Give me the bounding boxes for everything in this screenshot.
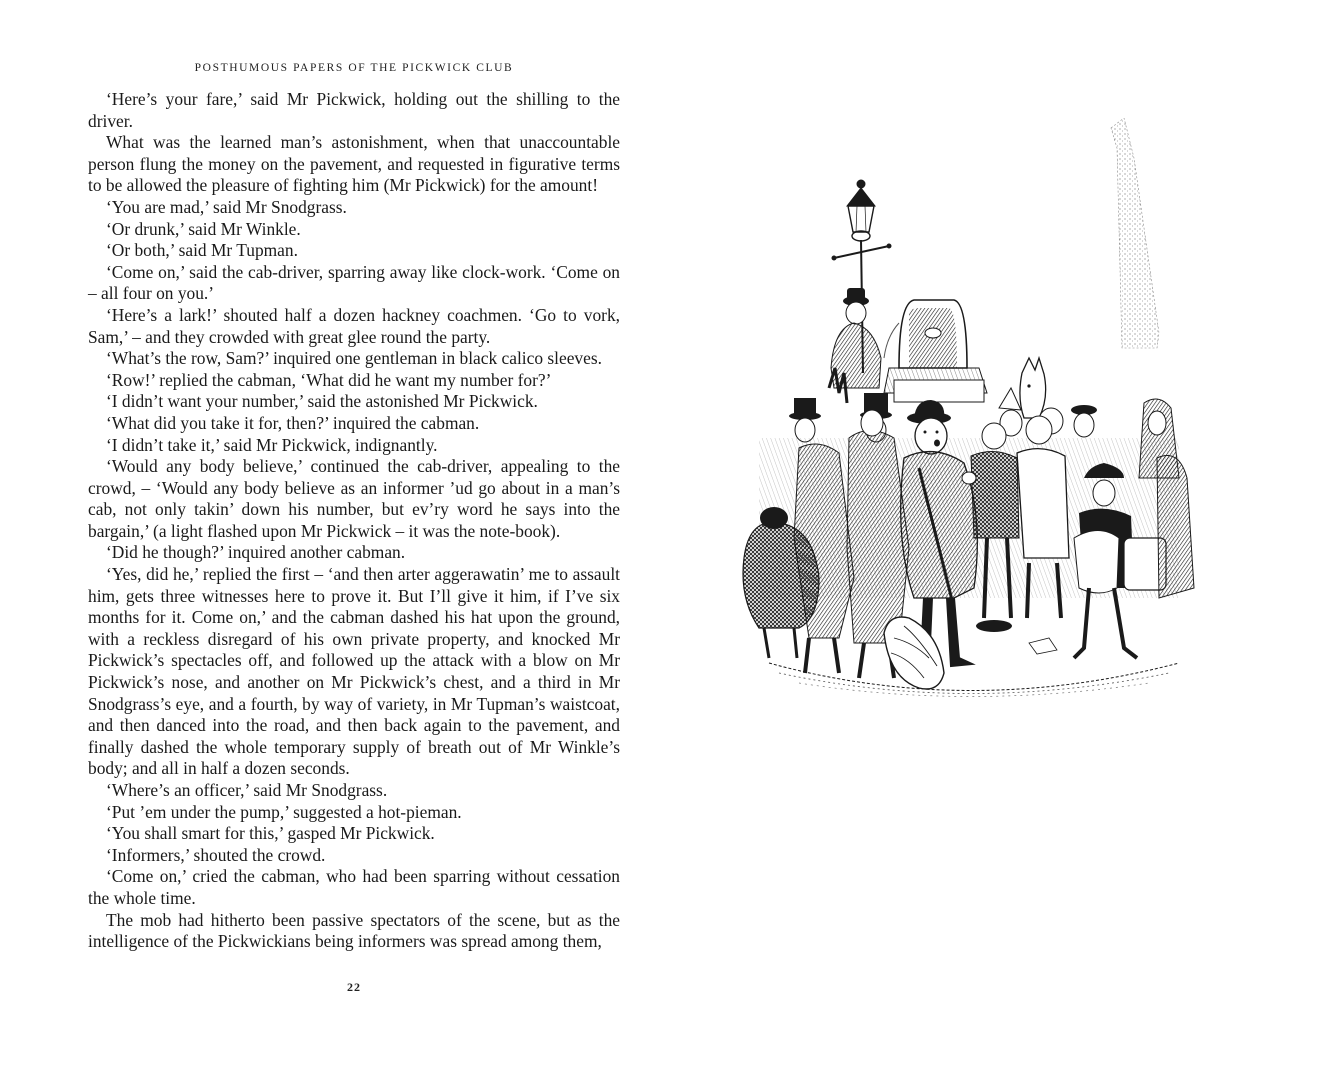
book-spread: POSTHUMOUS PAPERS OF THE PICKWICK CLUB ‘… — [0, 0, 1322, 1080]
paragraph: ‘Put ’em under the pump,’ suggested a ho… — [88, 802, 620, 824]
hooded-figure — [1157, 456, 1194, 599]
engraving-illustration — [739, 118, 1199, 718]
basket-on-ground — [884, 617, 944, 689]
paragraph: ‘Here’s your fare,’ said Mr Pickwick, ho… — [88, 89, 620, 132]
paragraph: ‘Would any body believe,’ continued the … — [88, 456, 620, 542]
paragraph: ‘Row!’ replied the cabman, ‘What did he … — [88, 370, 620, 392]
hackney-cab — [884, 300, 987, 402]
body-text: ‘Here’s your fare,’ said Mr Pickwick, ho… — [88, 89, 620, 953]
paragraph: ‘Come on,’ cried the cabman, who had bee… — [88, 866, 620, 909]
obelisk — [1111, 118, 1159, 348]
running-head: POSTHUMOUS PAPERS OF THE PICKWICK CLUB — [88, 62, 620, 74]
horse-head — [1020, 358, 1046, 418]
paragraph: ‘Where’s an officer,’ said Mr Snodgrass. — [88, 780, 620, 802]
paragraph: ‘Or drunk,’ said Mr Winkle. — [88, 219, 620, 241]
paragraph: ‘Informers,’ shouted the crowd. — [88, 845, 620, 867]
left-page: POSTHUMOUS PAPERS OF THE PICKWICK CLUB ‘… — [88, 0, 620, 1080]
paragraph: ‘What did you take it for, then?’ inquir… — [88, 413, 620, 435]
paragraph: ‘Come on,’ said the cab-driver, sparring… — [88, 262, 620, 305]
paragraph: ‘Yes, did he,’ replied the first – ‘and … — [88, 564, 620, 780]
coachman-by-lamp — [831, 288, 881, 388]
paragraph: ‘I didn’t want your number,’ said the as… — [88, 391, 620, 413]
paragraph: ‘You are mad,’ said Mr Snodgrass. — [88, 197, 620, 219]
street-scene-engraving — [739, 118, 1199, 718]
paragraph: What was the learned man’s astonishment,… — [88, 132, 620, 197]
paragraph: The mob had hitherto been passive specta… — [88, 910, 620, 953]
hat-on-ground — [976, 620, 1012, 632]
paragraph: ‘You shall smart for this,’ gasped Mr Pi… — [88, 823, 620, 845]
ground-vignette — [769, 638, 1179, 697]
page-number: 22 — [88, 980, 620, 995]
paragraph: ‘Here’s a lark!’ shouted half a dozen ha… — [88, 305, 620, 348]
paragraph: ‘What’s the row, Sam?’ inquired one gent… — [88, 348, 620, 370]
right-page — [661, 0, 1322, 1080]
paragraph: ‘Did he though?’ inquired another cabman… — [88, 542, 620, 564]
paragraph: ‘Or both,’ said Mr Tupman. — [88, 240, 620, 262]
paragraph: ‘I didn’t take it,’ said Mr Pickwick, in… — [88, 435, 620, 457]
